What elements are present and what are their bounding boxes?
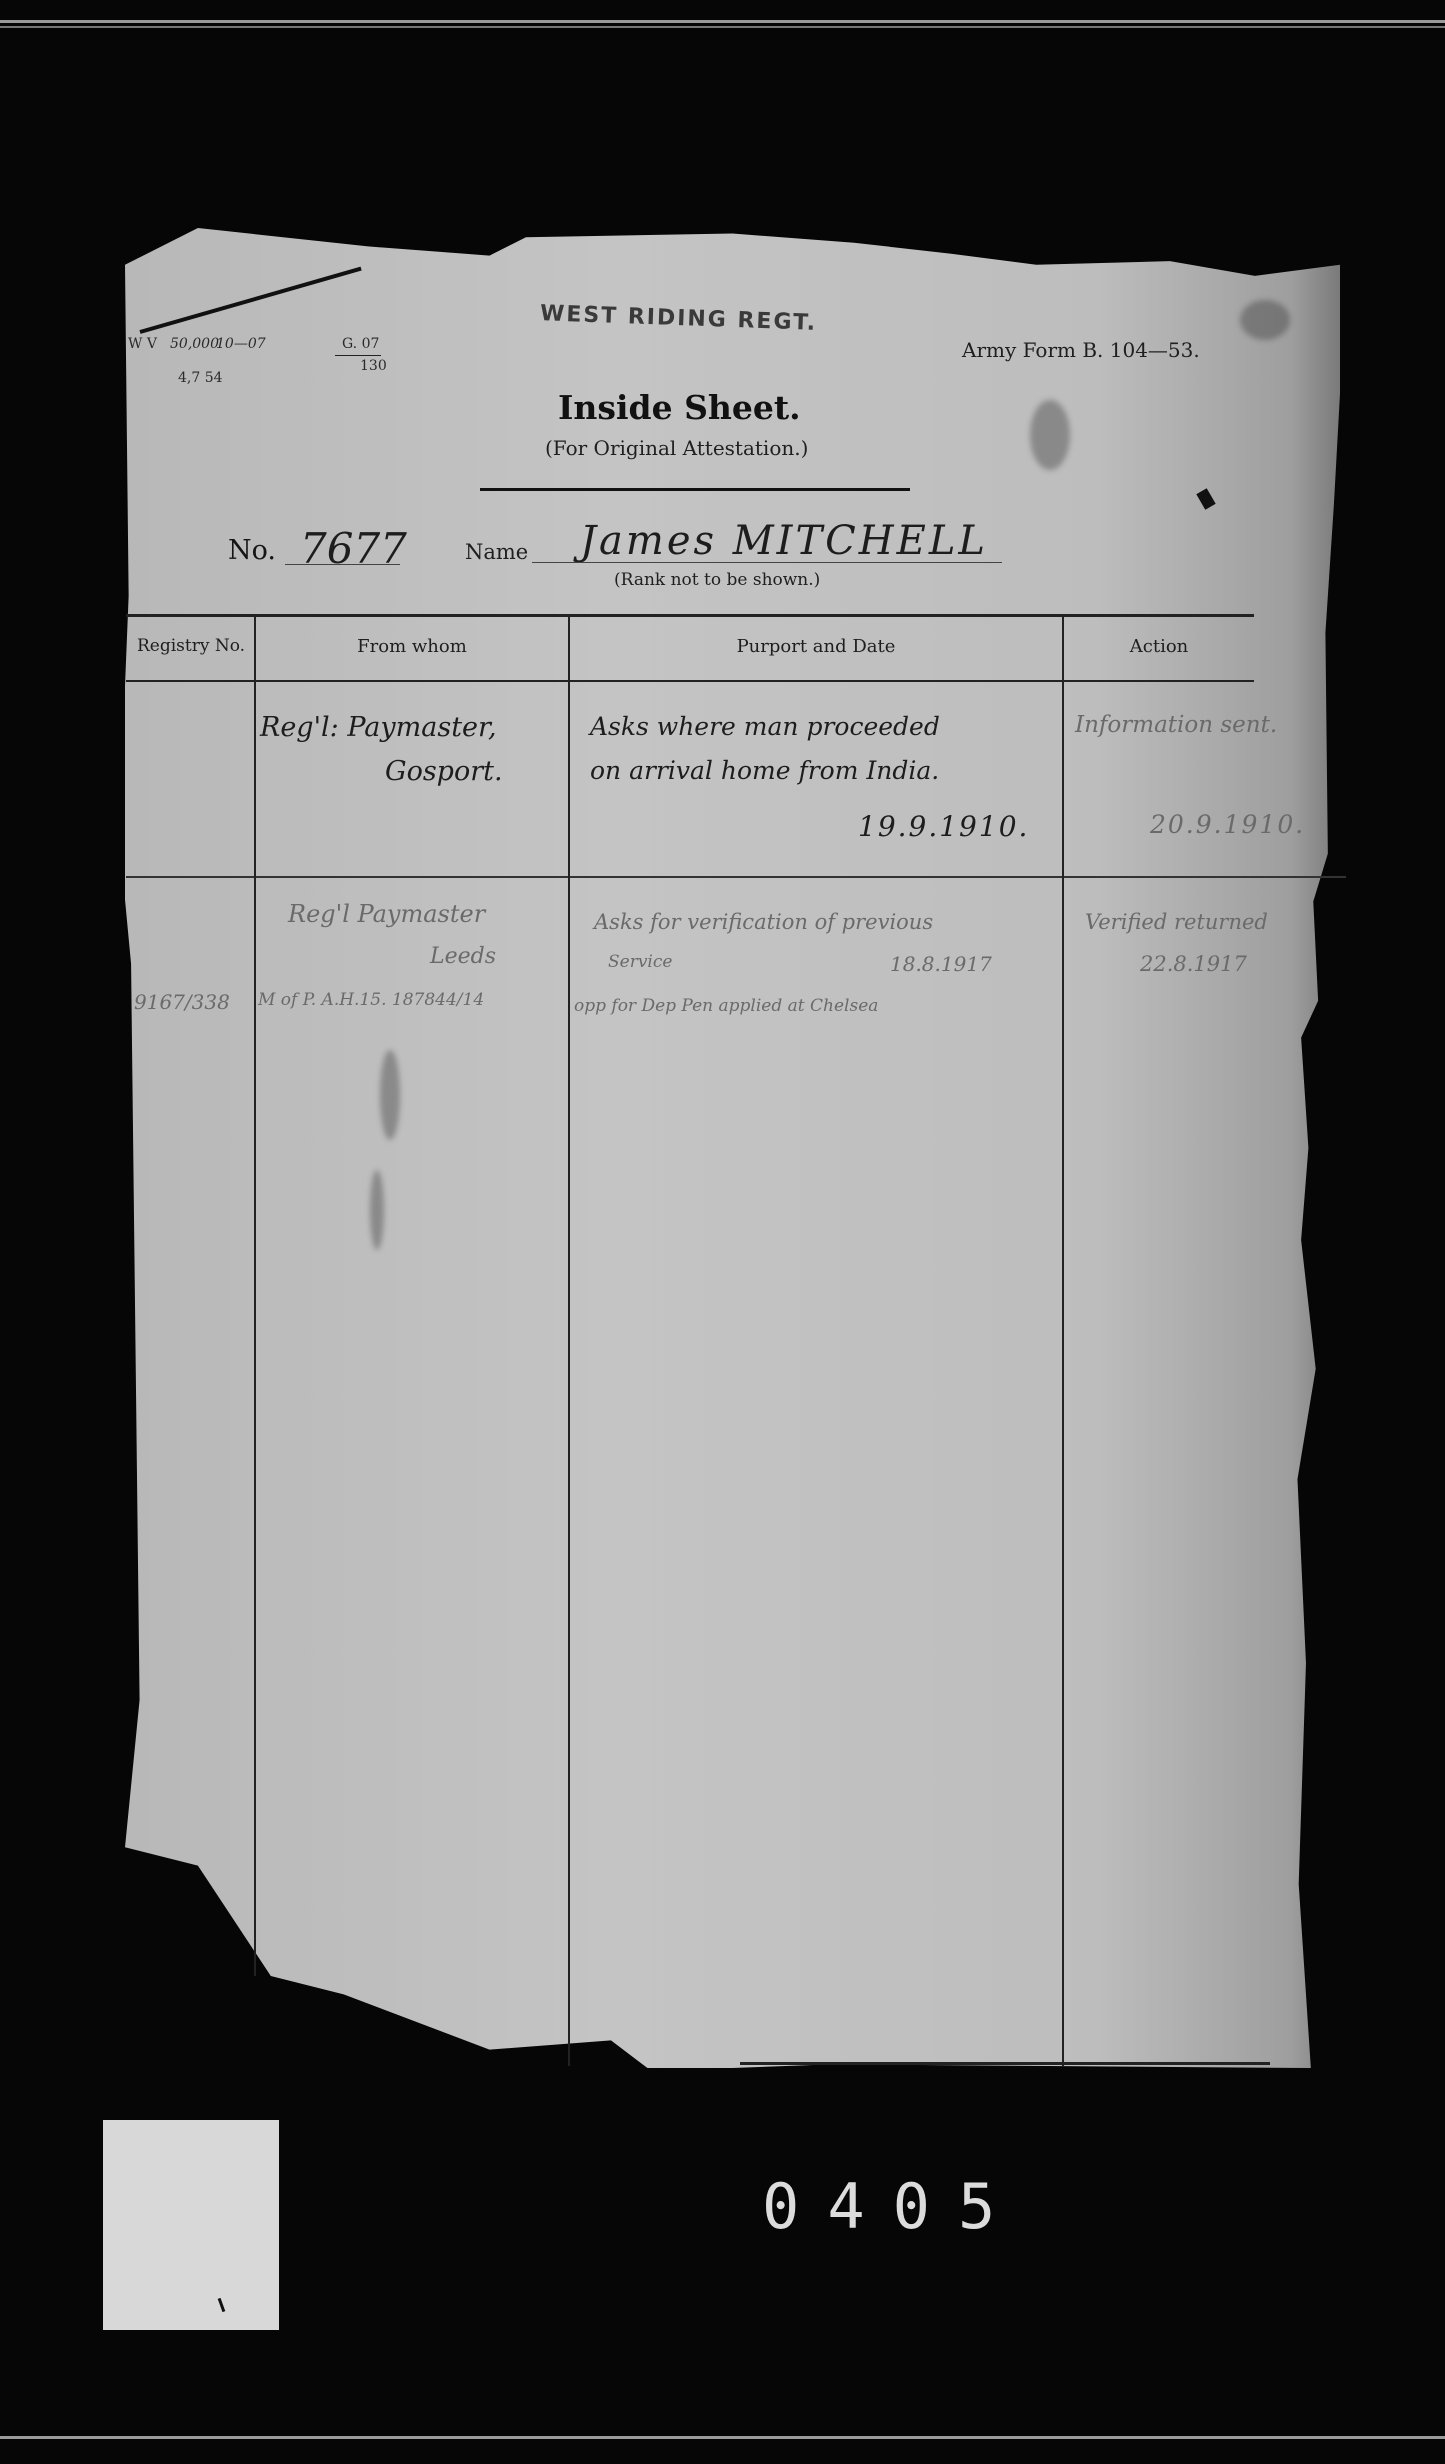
table-top-rule xyxy=(126,614,1254,617)
row2-purport-line3: opp for Dep Pen applied at Chelsea xyxy=(574,996,878,1016)
column-header-from: From whom xyxy=(256,636,568,657)
row2-action: Verified returned xyxy=(1085,910,1268,934)
name-label: Name xyxy=(465,540,528,564)
row1-purport-line2: on arrival home from India. xyxy=(590,756,939,785)
g-code-top: G. 07 xyxy=(342,336,379,352)
number-underline xyxy=(285,564,400,565)
film-edge-top xyxy=(0,20,1445,23)
form-number: Army Form B. 104—53. xyxy=(962,338,1200,362)
service-number: 7677 xyxy=(300,524,407,573)
title-rule xyxy=(480,488,910,491)
ink-stain xyxy=(1030,400,1070,470)
row1-action: Information sent. xyxy=(1075,712,1277,738)
row2-from-line1: Reg'l Paymaster xyxy=(288,900,485,928)
rank-note: (Rank not to be shown.) xyxy=(614,570,820,590)
page-subtitle: (For Original Attestation.) xyxy=(545,436,808,460)
table-bottom-rule xyxy=(740,2062,1270,2065)
attestation-sheet xyxy=(125,228,1340,2068)
col-divider-2 xyxy=(568,616,570,2066)
frame-counter: 0405 xyxy=(762,2170,1023,2243)
row1-action-date: 20.9.1910. xyxy=(1150,810,1305,839)
row2-registry-no: 9167/338 xyxy=(134,990,230,1014)
print-code-ref: 4,7 54 xyxy=(178,370,223,386)
g-code-divider xyxy=(335,355,381,356)
page-title: Inside Sheet. xyxy=(558,388,801,427)
column-header-purport: Purport and Date xyxy=(570,636,1062,657)
col-divider-1 xyxy=(254,616,256,1976)
row2-action-date: 22.8.1917 xyxy=(1140,952,1247,976)
ink-stain xyxy=(380,1050,400,1140)
film-edge-bottom xyxy=(0,2436,1445,2439)
print-code-date: 10—07 xyxy=(216,336,266,352)
ink-stain xyxy=(370,1170,384,1250)
row2-from-line3: M of P. A.H.15. 187844/14 xyxy=(258,990,484,1010)
row-divider xyxy=(126,876,1346,878)
row2-from-line2: Leeds xyxy=(430,944,496,969)
ink-stain xyxy=(1240,300,1290,340)
film-edge-top-2 xyxy=(0,26,1445,28)
col-divider-3 xyxy=(1062,616,1064,2066)
row2-purport-line2: Service xyxy=(608,952,672,972)
row1-purport-date: 19.9.1910. xyxy=(858,810,1029,843)
soldier-name: James MITCHELL xyxy=(580,518,988,564)
header-bottom-rule xyxy=(126,680,1254,682)
column-header-action: Action xyxy=(1064,636,1254,657)
number-label: No. xyxy=(228,535,276,566)
column-header-registry: Registry No. xyxy=(128,636,254,656)
name-underline xyxy=(532,562,1002,563)
row2-purport-line1: Asks for verification of previous xyxy=(594,910,933,934)
row1-from-line1: Reg'l: Paymaster, xyxy=(260,712,497,743)
row1-purport-line1: Asks where man proceeded xyxy=(590,712,940,741)
print-code-prefix: W V xyxy=(128,336,157,352)
row1-from-line2: Gosport. xyxy=(385,756,503,787)
row2-purport-date: 18.8.1917 xyxy=(890,952,992,976)
target-card xyxy=(103,2120,279,2330)
g-code-bottom: 130 xyxy=(360,358,387,374)
print-code-quantity: 50,000 xyxy=(170,336,219,352)
